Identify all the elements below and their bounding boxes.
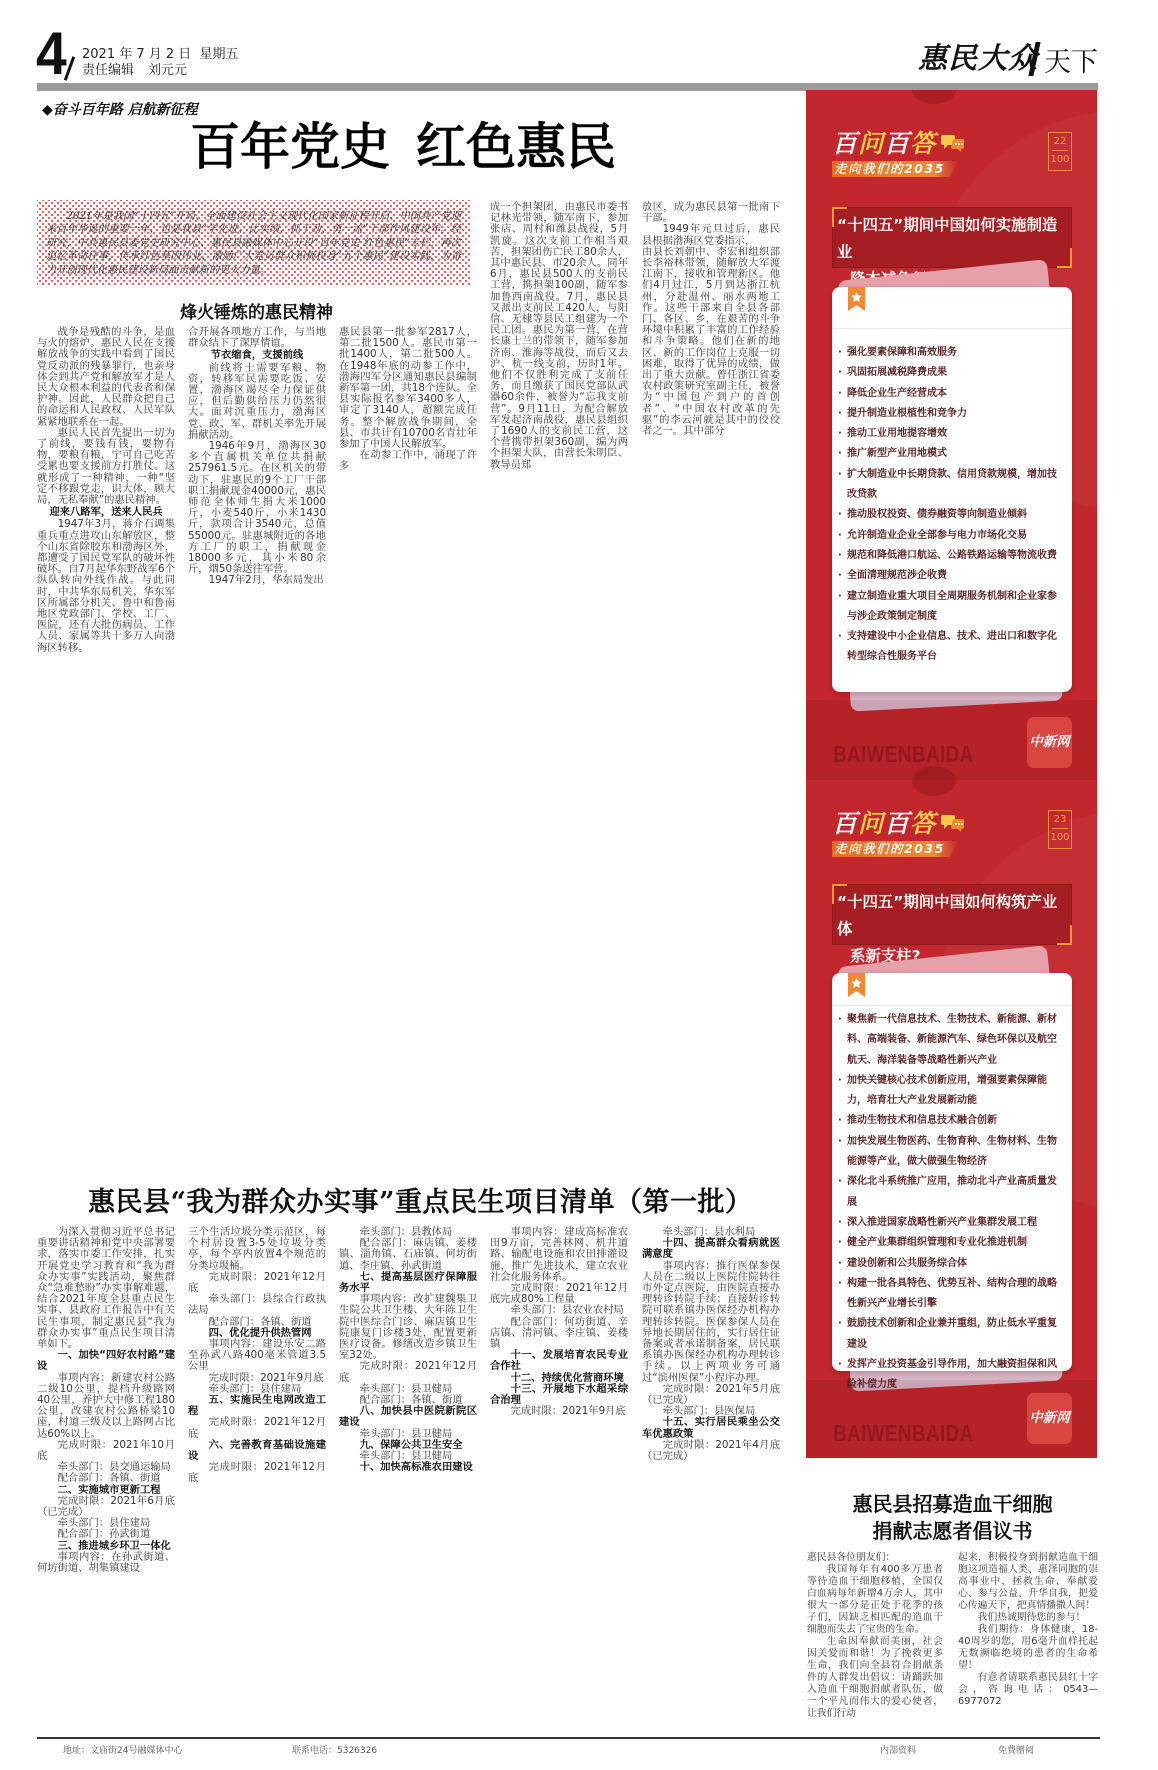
notice-paragraph: 我们热诚期待您的参与！ xyxy=(958,1612,1098,1624)
answer-item: 深入推进国家战略性新兴产业集群发展工程 xyxy=(847,1213,1061,1233)
paragraph: 牵头部门：县综合行政执法局 xyxy=(188,1294,326,1316)
answer-item: 降低企业生产经营成本 xyxy=(847,384,1061,404)
paragraph: 配合部门：何坊街道、辛店镇、清河镇、李庄镇、姜楼镇 xyxy=(490,1317,628,1351)
answer-item: 推动生物技术和信息技术融合创新 xyxy=(847,1111,1061,1131)
corner-bracket xyxy=(1057,248,1072,268)
paragraph: 1947年3月，蒋介石调集重兵重点进攻山东解放区，整个山东省除胶东和渤海区外，都… xyxy=(37,519,175,653)
column-kicker: ◆奋斗百年路 启航新征程 xyxy=(42,99,198,119)
answer-item: 允许制造业企业全部参与电力市场化交易 xyxy=(847,526,1061,546)
article-column-5: 放区，成为惠民县第一批南下干部。 1949年元旦过后，惠民县根据渤海区党委指示，… xyxy=(642,202,780,437)
answer-item: 建立制造业重大项目全周期服务机制和企业家参与涉企政策制定制度 xyxy=(847,587,1061,628)
answer-item: 推广新型产业用地模式 xyxy=(847,444,1061,464)
answer-item: 规范和降低港口航运、公路铁路运输等物流收费 xyxy=(847,546,1061,566)
project-heading: 十四、提高群众看病就医满意度 xyxy=(642,1238,780,1260)
answer-item: 加快发展生物医药、生物育种、生物材料、生物能源等产业，做大做强生物经济 xyxy=(847,1132,1061,1173)
question-counter-badge: 22 100 xyxy=(1048,132,1072,171)
paragraph: 惠民人民首先提出一切为了前线，要钱有钱，要物有物，要粮有粮，宁可自己吃苦受累也要… xyxy=(37,428,175,506)
footer-distribution: 免费赠阅 xyxy=(998,1743,1034,1756)
answer-item: 加快关键核心技术创新应用，增强要素保障能力，培育壮大产业发展新动能 xyxy=(847,1071,1061,1112)
page-number: 4 xyxy=(36,24,67,84)
page-title-right: 红色惠民 xyxy=(416,118,616,176)
chat-bubble-icon xyxy=(940,813,966,833)
qa-logo-title: 百问百答 xyxy=(832,130,972,158)
logo-char: 答 xyxy=(910,809,936,838)
paragraph: 事项内容：建成高标准农田9万亩，完善林网、机井道路、输配电设施和农田排灌设施，推… xyxy=(490,1227,628,1283)
notice-paragraph: 我们期待：身体健康，18-40周岁的您，用6毫升血样托起无数濒临绝境的患者的生命… xyxy=(958,1624,1098,1672)
paragraph: 完成时限：2021年12月底 xyxy=(339,1361,477,1383)
paragraph: 成一个担架团，由惠民市委书记林光带领，随军南下，参加张店、周村和潍县战役，5月凯… xyxy=(490,202,628,471)
project-column-2: 三个生活垃圾分类示范区，每个村居设置3-5处垃圾分类亭，每个亭内放置4个规范的分… xyxy=(188,1227,326,1485)
section-subheading: 迎来八路军，送来人民兵 xyxy=(37,507,175,518)
project-heading: 十三、开展地下水超采综合治理 xyxy=(490,1384,628,1406)
answer-item: 深化北斗系统推广应用，推动北斗产业高质量发展 xyxy=(847,1172,1061,1213)
paragraph: 事项内容：在孙武街道、何坊街道、胡集镇建设 xyxy=(37,1552,175,1574)
project-column-4: 事项内容：建成高标准农田9万亩，完善林网、机井道路、输配电设施和农田排灌设施，推… xyxy=(490,1227,628,1417)
question-box: “十四五”期间中国如何构筑产业体 系新支柱? xyxy=(832,884,1072,945)
paragraph: 事项内容：改扩建魏集卫生院公共卫生楼、大年陈卫生院中医综合门诊、麻店镇卫生院康复… xyxy=(339,1294,477,1361)
paragraph: 完成时限：2021年12月底 xyxy=(188,1462,326,1484)
project-heading: 一、加快“四好农村路”建设 xyxy=(37,1350,175,1372)
notice-title-line-2: 捐献志愿者倡议书 xyxy=(807,1517,1098,1545)
paragraph: 放区，成为惠民县第一批南下干部。 xyxy=(642,202,780,224)
decorative-notch xyxy=(912,766,956,796)
decorative-notch xyxy=(912,90,956,104)
project-heading: 八、加快县中医院新院区建设 xyxy=(339,1406,477,1428)
section-subheading: 节衣缩食，支援前线 xyxy=(188,350,326,361)
badge-total: 100 xyxy=(1049,151,1071,168)
intro-box: 2021年是我国“十四五”开局、全面建设社会主义现代化国家新征程开启、中国共产党… xyxy=(37,200,470,285)
paragraph: 1946年9月，渤海区30多个直属机关单位共捐献257961.5元。在区机关的带… xyxy=(188,441,326,575)
answer-list: 强化要素保障和高效服务 巩固拓展减税降费成果 降低企业生产经营成本 提升制造业根… xyxy=(847,343,1061,668)
paragraph: 为深入贯彻习近平总书记重要讲话精神和党中央部署要求，落实市委工作安排，扎实开展党… xyxy=(37,1227,175,1350)
notice-column-2: 起来，积极投身到捐献造血干细胞这项造福人类、惠泽同胞的崇高事业中，拯救生命、奉献… xyxy=(958,1552,1098,1708)
answer-card: 聚焦新一代信息技术、生物技术、新能源、新材料、高端装备、新能源汽车、绿色环保以及… xyxy=(832,973,1072,1371)
watermark-text: BAIWENBAIDA xyxy=(833,1420,974,1447)
editor-name: 刘元元 xyxy=(148,63,187,78)
footer-rule xyxy=(37,1737,1100,1739)
project-heading: 七、提高基层医疗保障服务水平 xyxy=(339,1272,477,1294)
corner-bracket xyxy=(1057,925,1072,945)
logo-char: 答 xyxy=(910,129,936,158)
answer-item: 巩固拓展减税降费成果 xyxy=(847,363,1061,383)
notice-paragraph: 生命因奉献而美丽，社会因关爱而和谐！为了挽救更多生命，我们向全县符合捐献条件的人… xyxy=(807,1636,943,1720)
footer-address: 地址：文庙街24号融媒体中心 xyxy=(63,1743,182,1756)
project-heading: 六、完善教育基础设施建设 xyxy=(188,1440,326,1462)
editor-label: 责任编辑 xyxy=(82,63,134,78)
article-column-4: 成一个担架团，由惠民市委书记林光带领，随军南下，参加张店、周村和潍县战役，5月凯… xyxy=(490,202,628,471)
paragraph: 完成时限：2021年6月底（已完成） xyxy=(37,1496,175,1518)
corner-bracket xyxy=(832,207,847,227)
logo-char: 百 xyxy=(832,129,858,158)
page-title-left: 百年党史 xyxy=(190,118,390,176)
footer-classification: 内部资料 xyxy=(880,1743,916,1756)
paragraph: 事项内容：新建农村公路二级10公里，提档升级路网40公里，养护大中修工程180公… xyxy=(37,1373,175,1440)
editor-line: 责任编辑刘元元 xyxy=(82,63,187,78)
answer-item: 全面清理规范涉企收费 xyxy=(847,566,1061,586)
paragraph: 1949年元旦过后，惠民县根据渤海区党委指示， xyxy=(642,224,780,246)
paragraph: 事项内容：建设乐安二路至孙武八路400毫米管道3.5公里 xyxy=(188,1339,326,1373)
paragraph: 完成时限：2021年5月底（已完成） xyxy=(642,1384,780,1406)
paragraph: 牵头部门：县农业农村局 xyxy=(490,1305,628,1316)
qa-logo-title: 百问百答 xyxy=(832,810,972,838)
answer-item: 支持建设中小企业信息、技术、进出口和数字化转型综合性服务平台 xyxy=(847,627,1061,668)
notice-greeting: 惠民县各位朋友们： xyxy=(807,1552,943,1564)
paragraph: 由县长刘朝中、李宏和组织部长李裕林带领，随解放大军渡江南下，接收和管理新区。他们… xyxy=(642,247,780,437)
question-line: “十四五”期间中国如何构筑产业体 xyxy=(837,889,1067,943)
project-heading: 十、加快高标准农田建设 xyxy=(339,1462,477,1473)
answer-item: 构建一批各具特色、优势互补、结构合理的战略性新兴产业增长引擎 xyxy=(847,1274,1061,1315)
question-box: “十四五”期间中国如何实施制造业 降本减负行动? xyxy=(832,207,1072,268)
card-footer-strip: BAIWENBAIDA 中新网 xyxy=(806,700,1097,780)
qa-logo: 百问百答 走向我们的2035 xyxy=(832,810,972,857)
card-footer-strip: BAIWENBAIDA 中新网 xyxy=(806,1380,1097,1458)
badge-number: 22 xyxy=(1049,133,1071,150)
paragraph: 1947年2月，华东局发出 xyxy=(188,575,326,586)
watermark-text: BAIWENBAIDA xyxy=(833,741,974,768)
notice-paragraph: 起来，积极投身到捐献造血干细胞这项造福人类、惠泽同胞的崇高事业中，拯救生命、奉献… xyxy=(958,1552,1098,1612)
paragraph: 完成时限：2021年9月底 xyxy=(490,1406,628,1417)
project-column-5: 牵头部门：县水利局 十四、提高群众看病就医满意度 事项内容：推行医保参保人员在二… xyxy=(642,1227,780,1462)
masthead-logo: 惠民大众 xyxy=(918,36,1038,77)
issue-date: 2021 年 7 月 2 日 星期五 xyxy=(82,47,239,62)
chinanews-logo: 中新网 xyxy=(1027,717,1072,768)
paragraph: 前线将士需要军粮、物资，转移军民需要吃饭、安置，渤海区竭尽全力保证供应，但后勤供… xyxy=(188,363,326,441)
paragraph: 惠民县第一批参军2817人，第二批1500人。惠民市第一批1400人，第二批50… xyxy=(339,327,477,450)
project-heading: 五、实施民生电网改造工程 xyxy=(188,1395,326,1417)
card-divider xyxy=(832,328,1072,329)
logo-char: 问 xyxy=(858,129,884,158)
card-divider xyxy=(832,1005,1072,1006)
paragraph: 战争是残酷的斗争，是血与火的熔炉。惠民人民在支援解放战争的实践中看到了国民党反动… xyxy=(37,327,175,428)
corner-bracket xyxy=(832,884,847,904)
question-counter-badge: 23 100 xyxy=(1048,810,1072,849)
qa-logo-subtitle: 走向我们的2035 xyxy=(832,841,958,857)
intro-text: 2021年是我国“十四五”开局、全面建设社会主义现代化国家新征程开启、中国共产党… xyxy=(46,210,461,277)
project-heading: 十一、发展培育农民专业合作社 xyxy=(490,1350,628,1372)
notice-column-1: 惠民县各位朋友们： 我国每年有400多万患者等待造血干细胞移植，全国仅白血病每年… xyxy=(807,1552,943,1720)
article-column-1: 战争是残酷的斗争，是血与火的熔炉。惠民人民在支援解放战争的实践中看到了国民党反动… xyxy=(37,327,175,654)
answer-list: 聚焦新一代信息技术、生物技术、新能源、新材料、高端装备、新能源汽车、绿色环保以及… xyxy=(847,1010,1061,1396)
answer-item: 推动股权投资、债券融资等向制造业倾斜 xyxy=(847,505,1061,525)
star-ribbon-icon xyxy=(848,287,865,311)
qa-logo: 百问百答 走向我们的2035 xyxy=(832,130,972,177)
notice-contact: 有意者请联系惠民县红十字会，咨询电话：0543—6977072 xyxy=(958,1672,1098,1708)
answer-item: 健全产业集群组织管理和专业化推进机制 xyxy=(847,1233,1061,1253)
project-heading: 十五、实行居民乘坐公交车优惠政策 xyxy=(642,1417,780,1439)
article-column-2: 合开展各项地方工作，与当地群众结下了深厚情谊。 节衣缩食，支援前线 前线将士需要… xyxy=(188,327,326,587)
paragraph: 事项内容：推行医保参保人员在二级以上医院住院转往市外定点医院，由医院直接办理转诊… xyxy=(642,1261,780,1384)
project-list-title: 惠民县“我为群众办实事”重点民生项目清单（第一批） xyxy=(88,1180,753,1219)
logo-char: 百 xyxy=(832,809,858,838)
answer-item: 鼓励技术创新和企业兼并重组，防止低水平重复建设 xyxy=(847,1314,1061,1355)
answer-item: 扩大制造业中长期贷款、信用贷款规模，增加技改贷款 xyxy=(847,465,1061,506)
footer-phone: 联系电话：5326326 xyxy=(292,1743,377,1756)
answer-item: 建设创新和公共服务综合体 xyxy=(847,1254,1061,1274)
answer-item: 聚焦新一代信息技术、生物技术、新能源、新材料、高端装备、新能源汽车、绿色环保以及… xyxy=(847,1010,1061,1071)
badge-total: 100 xyxy=(1049,829,1071,846)
paragraph: 完成时限：2021年12月底 xyxy=(188,1272,326,1294)
newspaper-page: 4 2021 年 7 月 2 日 星期五 责任编辑刘元元 惠民大众 天下 ◆奋斗… xyxy=(0,0,1158,1770)
paragraph: 在动参工作中，涌现了许多 xyxy=(339,450,477,472)
chat-bubble-icon xyxy=(940,133,966,153)
star-ribbon-icon xyxy=(848,973,865,997)
logo-char: 百 xyxy=(884,809,910,838)
badge-number: 23 xyxy=(1049,811,1071,828)
answer-item: 推动工业用地提容增效 xyxy=(847,424,1061,444)
logo-char: 问 xyxy=(858,809,884,838)
paragraph: 完成时限：2021年12月底完成80%工程量 xyxy=(490,1283,628,1305)
notice-paragraph: 我国每年有400多万患者等待造血干细胞移植，全国仅白血病每年新增4万余人，其中很… xyxy=(807,1564,943,1636)
paragraph: 三个生活垃圾分类示范区，每个村居设置3-5处垃圾分类亭，每个亭内放置4个规范的分… xyxy=(188,1227,326,1272)
answer-item: 强化要素保障和高效服务 xyxy=(847,343,1061,363)
answer-card: 强化要素保障和高效服务 巩固拓展减税降费成果 降低企业生产经营成本 提升制造业根… xyxy=(832,287,1072,692)
paragraph: 合开展各项地方工作，与当地群众结下了深厚情谊。 xyxy=(188,327,326,349)
page-title: 百年党史红色惠民 xyxy=(190,122,616,172)
paragraph: 完成时限：2021年10月底 xyxy=(37,1440,175,1462)
section-name: 天下 xyxy=(1044,40,1098,79)
paragraph: 配合部门：孙武街道 xyxy=(37,1529,175,1540)
paragraph: 完成时限：2021年12月底 xyxy=(188,1417,326,1439)
paragraph: 配合部门：麻店镇、姜楼镇、淄角镇、石庙镇、何坊街道、李庄镇、孙武街道 xyxy=(339,1238,477,1272)
project-column-1: 为深入贯彻习近平总书记重要讲话精神和党中央部署要求，落实市委工作安排，扎实开展党… xyxy=(37,1227,175,1574)
article-title: 烽火锤炼的惠民精神 xyxy=(37,298,476,323)
article-column-3: 惠民县第一批参军2817人，第二批1500人。惠民市第一批1400人，第二批50… xyxy=(339,327,477,473)
paragraph: 完成时限：2021年4月底（已完成） xyxy=(642,1440,780,1462)
logo-char: 百 xyxy=(884,129,910,158)
answer-item: 提升制造业根植性和竞争力 xyxy=(847,404,1061,424)
paragraph: 配合部门：各镇、街道 xyxy=(37,1473,175,1484)
qa-logo-subtitle: 走向我们的2035 xyxy=(832,161,958,177)
project-column-3: 牵头部门：县教体局 配合部门：麻店镇、姜楼镇、淄角镇、石庙镇、何坊街道、李庄镇、… xyxy=(339,1227,477,1473)
qa-infographic-sidebar: 百问百答 走向我们的2035 22 100 “十四五”期间中国如何实施制造业 降… xyxy=(806,90,1097,1458)
question-line: “十四五”期间中国如何实施制造业 xyxy=(837,212,1067,266)
chinanews-logo: 中新网 xyxy=(1027,1393,1072,1444)
notice-title-line-1: 惠民县招募造血干细胞 xyxy=(807,1490,1098,1518)
